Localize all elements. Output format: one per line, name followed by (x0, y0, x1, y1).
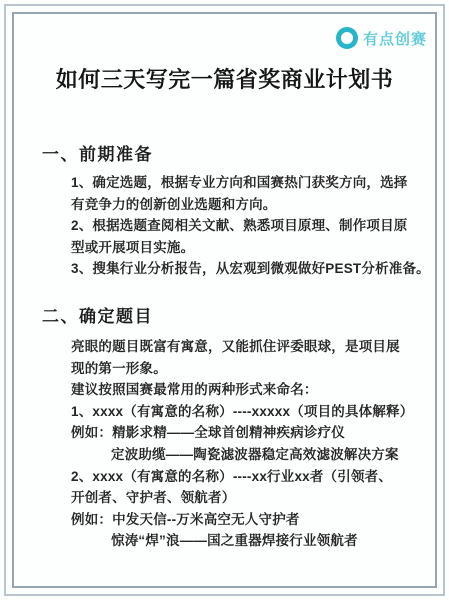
body-line: 建议按照国赛最常用的两种形式来命名： (71, 379, 419, 401)
body-line: 亮眼的题目既富有寓意，又能抓住评委眼球，是项目展 (71, 336, 419, 358)
section-1-body: 1、确定选题，根据专业方向和国赛热门获奖方向，选择 有竞争力的创新创业选题和方向… (71, 172, 419, 280)
document-page: 有点创赛 如何三天写完一篇省奖商业计划书 一、前期准备 1、确定选题，根据专业方… (0, 0, 449, 600)
section-1-heading: 一、前期准备 (42, 140, 153, 165)
body-line: 型或开展项目实施。 (71, 237, 419, 259)
body-line: 现的第一形象。 (71, 358, 419, 380)
brand-name: 有点创赛 (363, 28, 427, 49)
body-line: 开创者、守护者、领航者） (71, 487, 419, 509)
page-title: 如何三天写完一篇省奖商业计划书 (0, 63, 449, 94)
brand-ring-icon (336, 27, 358, 49)
body-line: 1、xxxx（有寓意的名称）----xxxxx（项目的具体解释） (71, 401, 419, 423)
body-line: 1、确定选题，根据专业方向和国赛热门获奖方向，选择 (71, 172, 419, 194)
body-line: 有竞争力的创新创业选题和方向。 (71, 194, 419, 216)
section-2-body: 亮眼的题目既富有寓意，又能抓住评委眼球，是项目展 现的第一形象。 建议按照国赛最… (71, 336, 419, 552)
section-2-heading: 二、确定题目 (42, 302, 153, 327)
body-line: 2、根据选题查阅相关文献、熟悉项目原理、制作项目原 (71, 215, 419, 237)
body-line: 惊涛“焊”浪——国之重器焊接行业领航者 (71, 530, 419, 552)
body-line: 例如：中发天信--万米高空无人守护者 (71, 509, 419, 531)
brand-logo: 有点创赛 (336, 27, 427, 49)
body-line: 例如：精影求精——全球首创精神疾病诊疗仪 (71, 422, 419, 444)
body-line: 3、搜集行业分析报告，从宏观到微观做好PEST分析准备。 (71, 258, 419, 280)
body-line: 2、xxxx（有寓意的名称）----xx行业xx者（引领者、 (71, 466, 419, 488)
body-line: 定波助缆——陶瓷滤波器稳定高效滤波解决方案 (71, 444, 419, 466)
